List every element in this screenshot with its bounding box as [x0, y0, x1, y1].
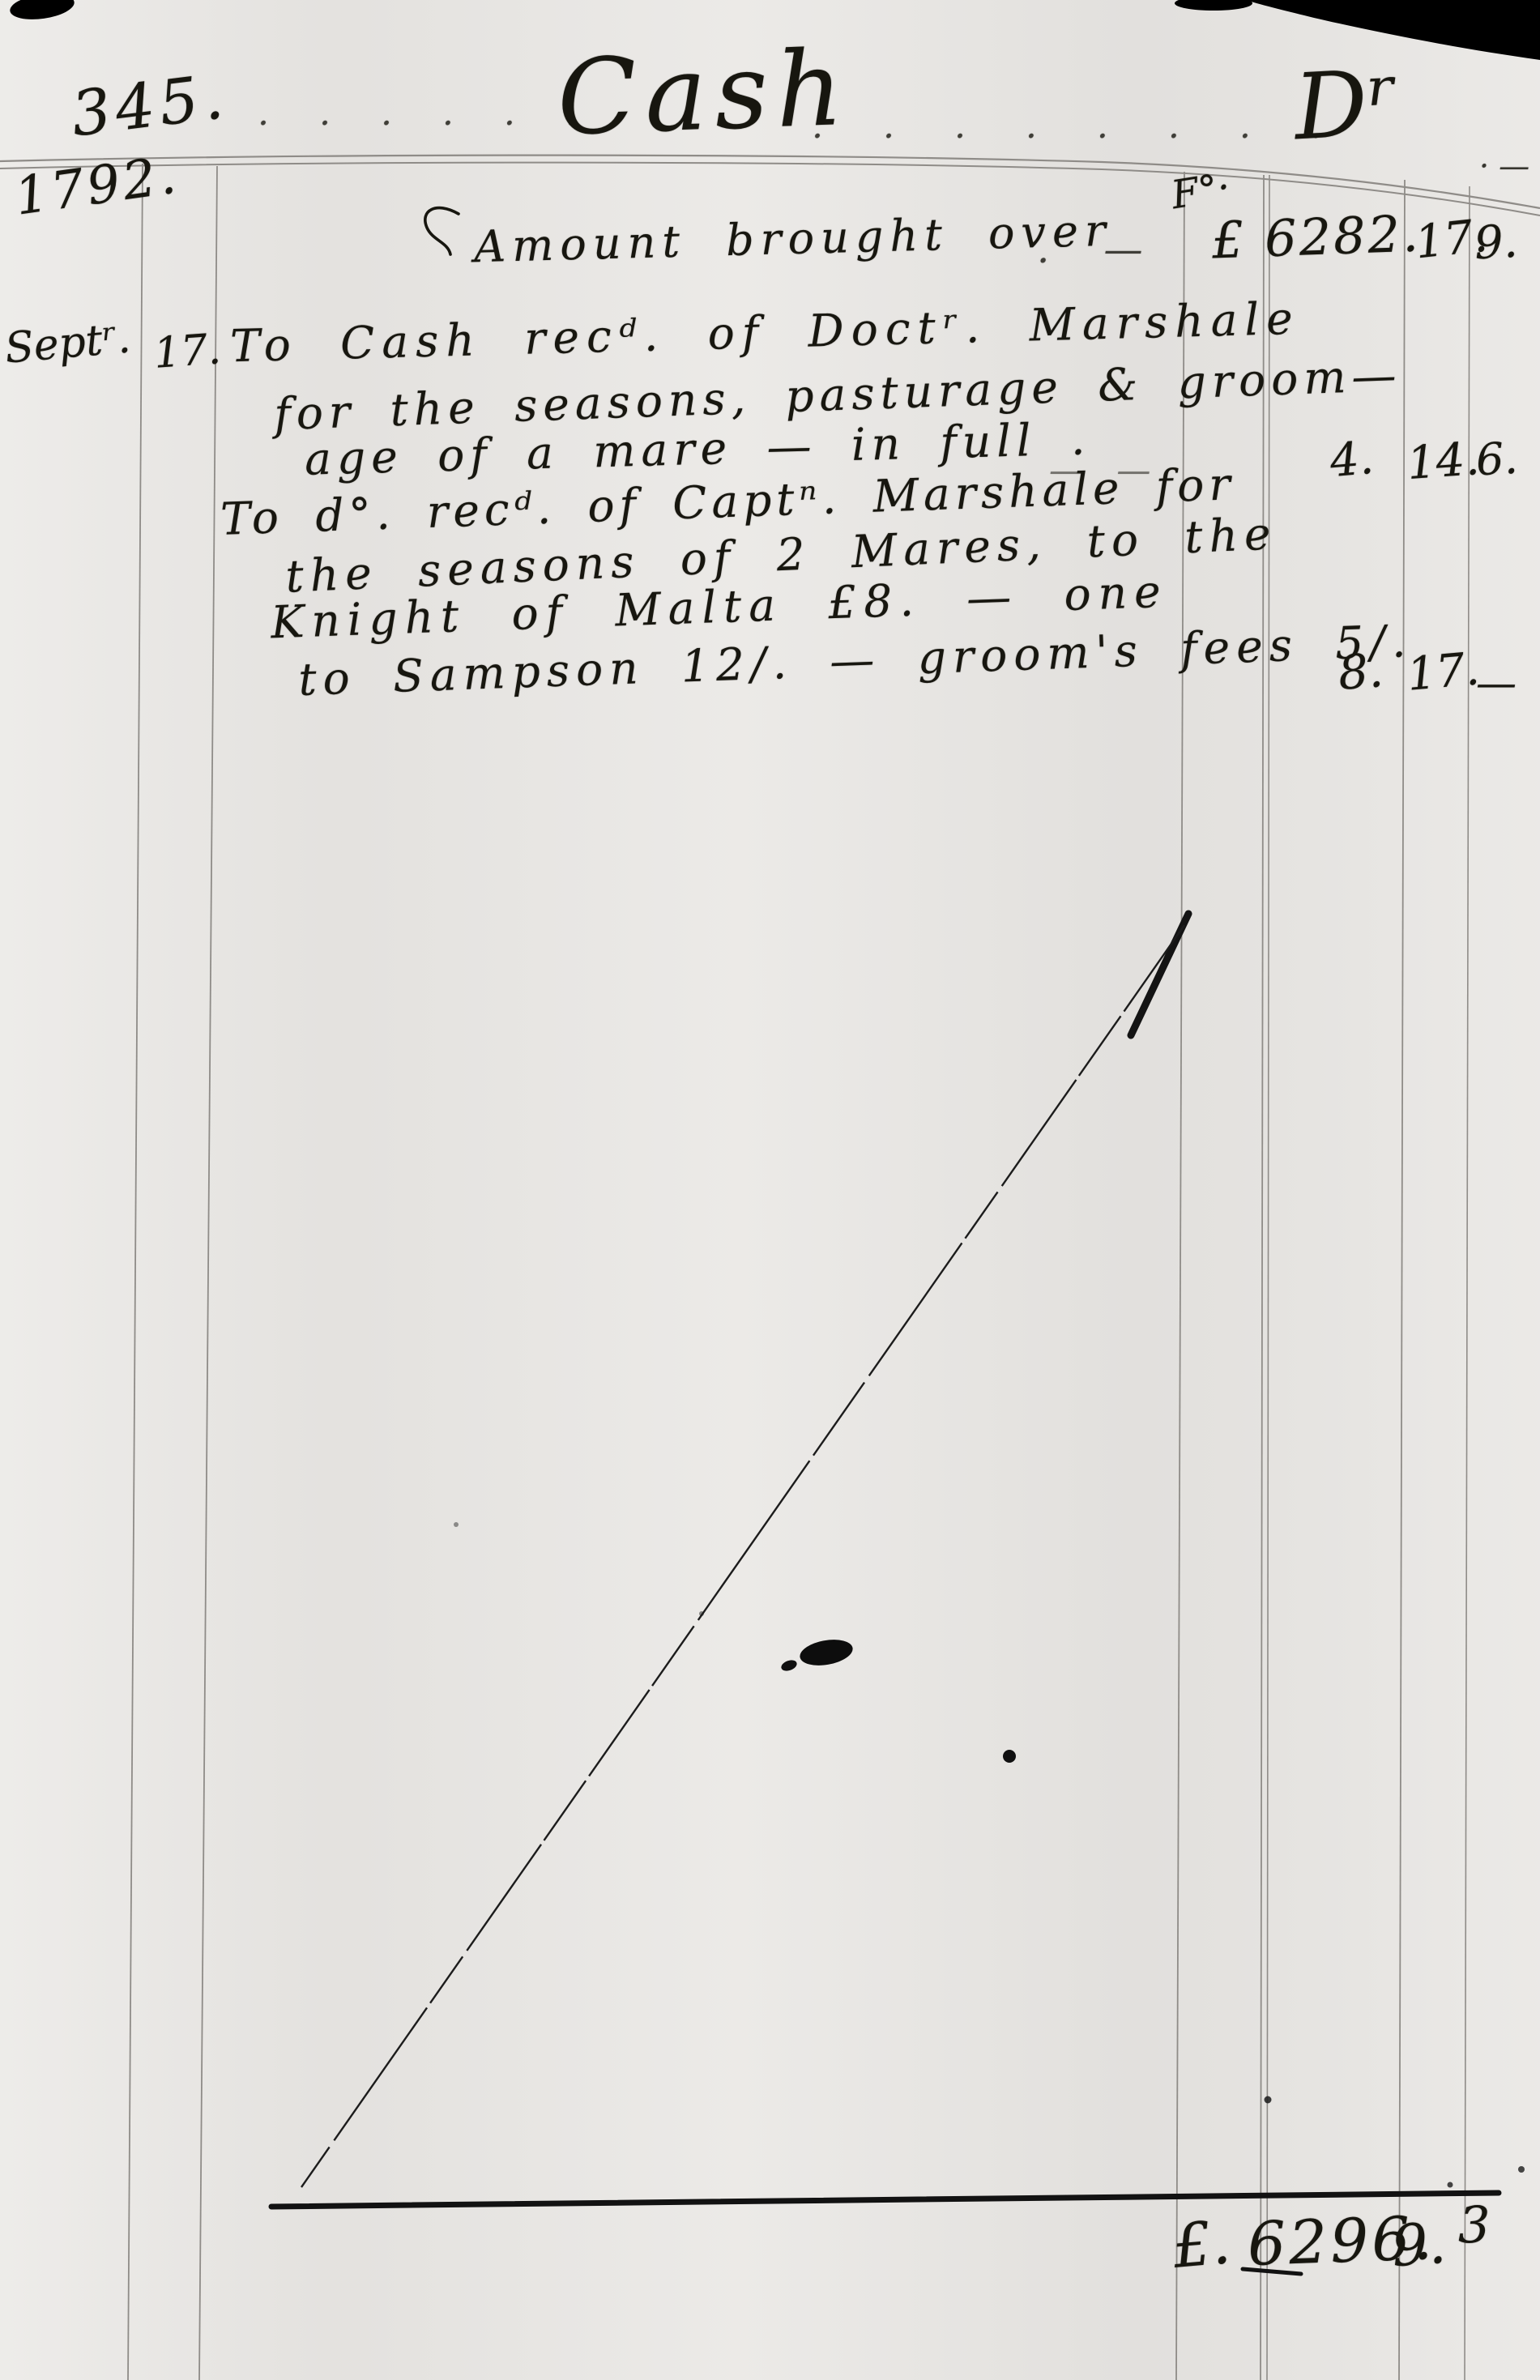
dr-label-marks: · —: [1479, 151, 1529, 181]
entry2-pounds: 8.: [1337, 646, 1384, 697]
ink-speck-3: [1518, 2166, 1525, 2173]
brought-over-pence: 9.: [1474, 220, 1519, 267]
total-pence: 3: [1458, 2200, 1490, 2250]
header-leader-right: . . . . . . . .: [812, 109, 1346, 144]
pounds-column-line-inner: [1267, 175, 1269, 2380]
entry1-day: 17.: [152, 328, 222, 375]
day-column-line: [199, 166, 217, 2380]
entry1-pence: 6.: [1475, 437, 1519, 483]
ink-speck-6: [454, 1522, 459, 1527]
brought-over-pounds: £ 6282.: [1211, 209, 1422, 267]
entry1-pounds: 4.: [1329, 436, 1376, 484]
pounds-column-line-outer: [1261, 175, 1264, 2380]
page-title: Cash: [556, 37, 853, 151]
scan-artifact-top-left: [8, 0, 75, 23]
pence-column-line: [1465, 186, 1470, 2380]
ledger-page: 345. . . . . . . Cash . . . . . . . . Dʳ…: [0, 0, 1540, 2380]
dr-label: Dʳ: [1292, 58, 1401, 154]
shillings-column-line: [1399, 180, 1405, 2380]
entry1-shillings: 14.: [1406, 437, 1481, 487]
ink-speck-4: [1448, 2182, 1453, 2188]
ink-speck-2: [1265, 2096, 1272, 2104]
total-currency: £.: [1171, 2212, 1233, 2277]
folio-mark: F°·: [1169, 168, 1233, 215]
entry2-shillings: 17.: [1406, 646, 1482, 698]
bottom-sum-rule: [271, 2193, 1499, 2207]
total-shillings: 9.: [1390, 2215, 1448, 2275]
brought-over-leader: . —: [1037, 230, 1164, 269]
month-column-line: [128, 164, 143, 2380]
ink-speck-5: [699, 1611, 704, 1616]
diagonal-strike-line: [301, 925, 1184, 2187]
ink-blot-large: [798, 1636, 855, 1669]
header-leader-left: . . . . . .: [258, 96, 596, 131]
scan-artifact-top-right-smear: [1175, 0, 1252, 11]
entry1-month: Septʳ.: [3, 317, 132, 369]
page-number: 345.: [68, 66, 231, 146]
ink-blot-small: [780, 1658, 799, 1673]
ink-speck-1: [1003, 1750, 1016, 1763]
entry2-pence: —: [1476, 663, 1517, 703]
brought-over-flourish: [425, 208, 459, 254]
